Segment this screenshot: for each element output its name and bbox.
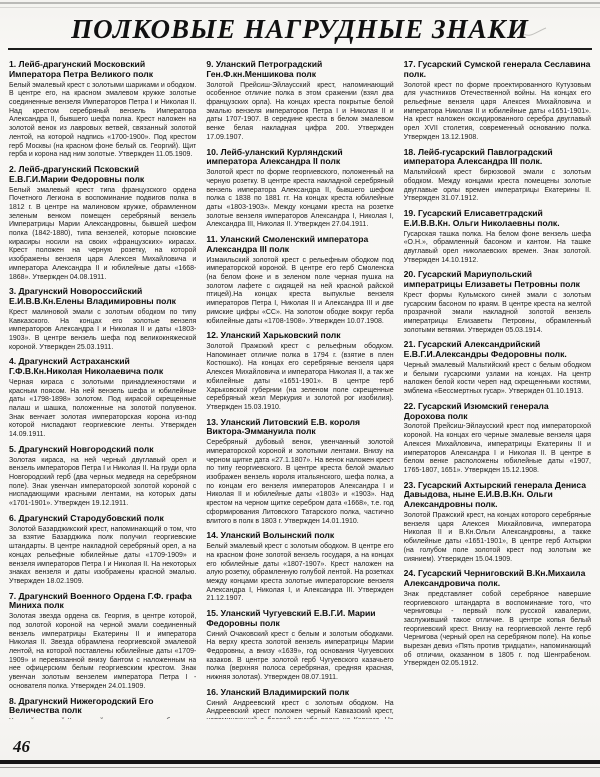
- entry-heading: 16. Уланский Владимирский полк: [206, 688, 393, 698]
- entry-body: Знак представляет собой серебряное навер…: [404, 591, 591, 669]
- entry-heading: 13. Уланский Литовский Е.В. короля Викто…: [206, 418, 393, 438]
- badge-entry: 12. Уланский Харьковский полкЗолотой Пра…: [206, 331, 393, 412]
- text-columns: 1. Лейб-драгунский Московский Императора…: [0, 59, 600, 719]
- badge-entry: 2. Лейб-драгунский Псковский Е.В.Г.И.Мар…: [9, 165, 196, 282]
- badge-entry: 8. Драгунский Нижегородский Его Величест…: [9, 697, 196, 719]
- badge-entry: 11. Уланский Смоленский императора Алекс…: [206, 235, 393, 326]
- badge-entry: 5. Драгунский Новгородский полкЗолотая к…: [9, 445, 196, 509]
- entry-body: Серебряный дубовый венок, увенчанный зол…: [206, 439, 393, 526]
- entry-body: Золотой Прейсиш-Эйлаусский крест, напоми…: [206, 82, 393, 143]
- entry-body: Золотой крест по форме георгиевского, по…: [206, 169, 393, 230]
- entry-body: Черный эмалевый Мальтийский крест с белы…: [404, 362, 591, 397]
- entry-body: Золотая кираса, на ней черный двуглавый …: [9, 457, 196, 509]
- entry-heading: 21. Гусарский Александрийский Е.В.Г.И.Ал…: [404, 340, 591, 360]
- column-2: 9. Уланский Петроградский Ген.Ф.кн.Менши…: [206, 59, 393, 719]
- entry-heading: 11. Уланский Смоленский императора Алекс…: [206, 235, 393, 255]
- badge-entry: 9. Уланский Петроградский Ген.Ф.кн.Менши…: [206, 60, 393, 143]
- badge-entry: 1. Лейб-драгунский Московский Императора…: [9, 60, 196, 160]
- entry-heading: 19. Гусарский Елисаветградский Е.И.В.В.К…: [404, 209, 591, 229]
- entry-heading: 5. Драгунский Новгородский полк: [9, 445, 196, 455]
- footer-rule: [0, 760, 600, 764]
- entry-body: Измаильский золотой крест с рельефным об…: [206, 257, 393, 327]
- badge-entry: 19. Гусарский Елисаветградский Е.И.В.В.К…: [404, 209, 591, 265]
- entry-body: Золотой крест по форме проектированного …: [404, 82, 591, 143]
- entry-heading: 4. Драгунский Астраханский Г.Ф.В.Кн.Нико…: [9, 357, 196, 377]
- entry-heading: 24. Гусарский Черниговский В.Кн.Михаила …: [404, 569, 591, 589]
- entry-body: Крест малиновой эмали с золотым ободком …: [9, 309, 196, 353]
- badge-entry: 15. Уланский Чугуевский Е.В.Г.И. Марии Ф…: [206, 609, 393, 683]
- entry-body: Черная кираса с золотыми принадлежностям…: [9, 379, 196, 440]
- entry-heading: 17. Гусарский Сумской генерала Сеславина…: [404, 60, 591, 80]
- badge-entry: 6. Драгунский Стародубовский полкЗолотой…: [9, 514, 196, 587]
- column-3: 17. Гусарский Сумской генерала Сеславина…: [404, 59, 591, 719]
- entry-heading: 14. Уланский Волынский полк: [206, 531, 393, 541]
- entry-body: Крест формы Кульмского синей эмали с зол…: [404, 292, 591, 336]
- entry-heading: 12. Уланский Харьковский полк: [206, 331, 393, 341]
- entry-heading: 3. Драгунский Новороссийский Е.И.В.В.Кн.…: [9, 287, 196, 307]
- badge-entry: 13. Уланский Литовский Е.В. короля Викто…: [206, 418, 393, 527]
- badge-entry: 18. Лейб-гусарский Павлоградский императ…: [404, 148, 591, 204]
- badge-entry: 23. Гусарский Ахтырский генерала Дениса …: [404, 481, 591, 565]
- entry-heading: 15. Уланский Чугуевский Е.В.Г.И. Марии Ф…: [206, 609, 393, 629]
- column-1: 1. Лейб-драгунский Московский Императора…: [9, 59, 196, 719]
- title-rule: [8, 48, 592, 50]
- badge-entry: 4. Драгунский Астраханский Г.Ф.В.Кн.Нико…: [9, 357, 196, 440]
- entry-body: Золотой Пражский крест, на концах которо…: [404, 512, 591, 564]
- entry-body: Золотой Базарджикский крест, напоминающи…: [9, 526, 196, 587]
- badge-entry: 10. Лейб-уланский Курляндский императора…: [206, 148, 393, 231]
- footer-rule-shadow: [0, 767, 600, 768]
- entry-heading: 10. Лейб-уланский Курляндский императора…: [206, 148, 393, 168]
- entry-heading: 6. Драгунский Стародубовский полк: [9, 514, 196, 524]
- badge-entry: 14. Уланский Волынский полкБелый эмалевы…: [206, 531, 393, 604]
- entry-body: Золотой Пражский крест с рельефным ободк…: [206, 343, 393, 413]
- entry-heading: 20. Гусарский Мариупольский императрицы …: [404, 270, 591, 290]
- entry-body: Мальтийский крест бирюзовой эмали с золо…: [404, 169, 591, 204]
- scan-edge-line: [0, 2, 600, 4]
- badge-entry: 3. Драгунский Новороссийский Е.И.В.В.Кн.…: [9, 287, 196, 352]
- entry-body: Белый эмалевый крест типа французского о…: [9, 187, 196, 283]
- badge-entry: 7. Драгунский Военного Ордена Г.Ф. графа…: [9, 592, 196, 692]
- scan-edge-line-faint: [0, 7, 600, 8]
- badge-entry: 22. Гусарский Изюмский генерала Дорохова…: [404, 402, 591, 476]
- badge-entry: 24. Гусарский Черниговский В.Кн.Михаила …: [404, 569, 591, 669]
- entry-heading: 8. Драгунский Нижегородский Его Величест…: [9, 697, 196, 717]
- entry-body: Золотой Прейсиш-Эйлаусский крест под имп…: [404, 423, 591, 475]
- entry-heading: 9. Уланский Петроградский Ген.Ф.кн.Менши…: [206, 60, 393, 80]
- badge-entry: 21. Гусарский Александрийский Е.В.Г.И.Ал…: [404, 340, 591, 396]
- badge-entry: 16. Уланский Владимирский полкСиний Андр…: [206, 688, 393, 719]
- entry-body: Черный матовый Кавказский крест с золоты…: [9, 718, 196, 719]
- badge-entry: 17. Гусарский Сумской генерала Сеславина…: [404, 60, 591, 143]
- entry-heading: 18. Лейб-гусарский Павлоградский императ…: [404, 148, 591, 168]
- entry-body: Синий Очаковский крест с белым и золотым…: [206, 631, 393, 683]
- badge-entry: 20. Гусарский Мариупольский императрицы …: [404, 270, 591, 335]
- entry-body: Белый эмалевый крест с золотым ободком. …: [206, 543, 393, 604]
- page-number: 46: [13, 737, 30, 757]
- entry-heading: 23. Гусарский Ахтырский генерала Дениса …: [404, 481, 591, 510]
- entry-body: Белый эмалевый крест с золотыми шариками…: [9, 82, 196, 160]
- entry-heading: 7. Драгунский Военного Ордена Г.Ф. графа…: [9, 592, 196, 612]
- page-title: ПОЛКОВЫЕ НАГРУДНЫЕ ЗНАКИ: [30, 14, 570, 45]
- entry-body: Гусарская ташка полка. На белом фоне вен…: [404, 231, 591, 266]
- entry-heading: 22. Гусарский Изюмский генерала Дорохова…: [404, 402, 591, 422]
- scan-artifact-mark: [522, 24, 548, 38]
- entry-body: Золотая звезда ордена св. Георгия, в цен…: [9, 613, 196, 691]
- entry-body: Синий Андреевский крест с золотым ободко…: [206, 700, 393, 719]
- scanned-book-page: ПОЛКОВЫЕ НАГРУДНЫЕ ЗНАКИ 1. Лейб-драгунс…: [0, 0, 600, 777]
- entry-heading: 1. Лейб-драгунский Московский Императора…: [9, 60, 196, 80]
- entry-heading: 2. Лейб-драгунский Псковский Е.В.Г.И.Мар…: [9, 165, 196, 185]
